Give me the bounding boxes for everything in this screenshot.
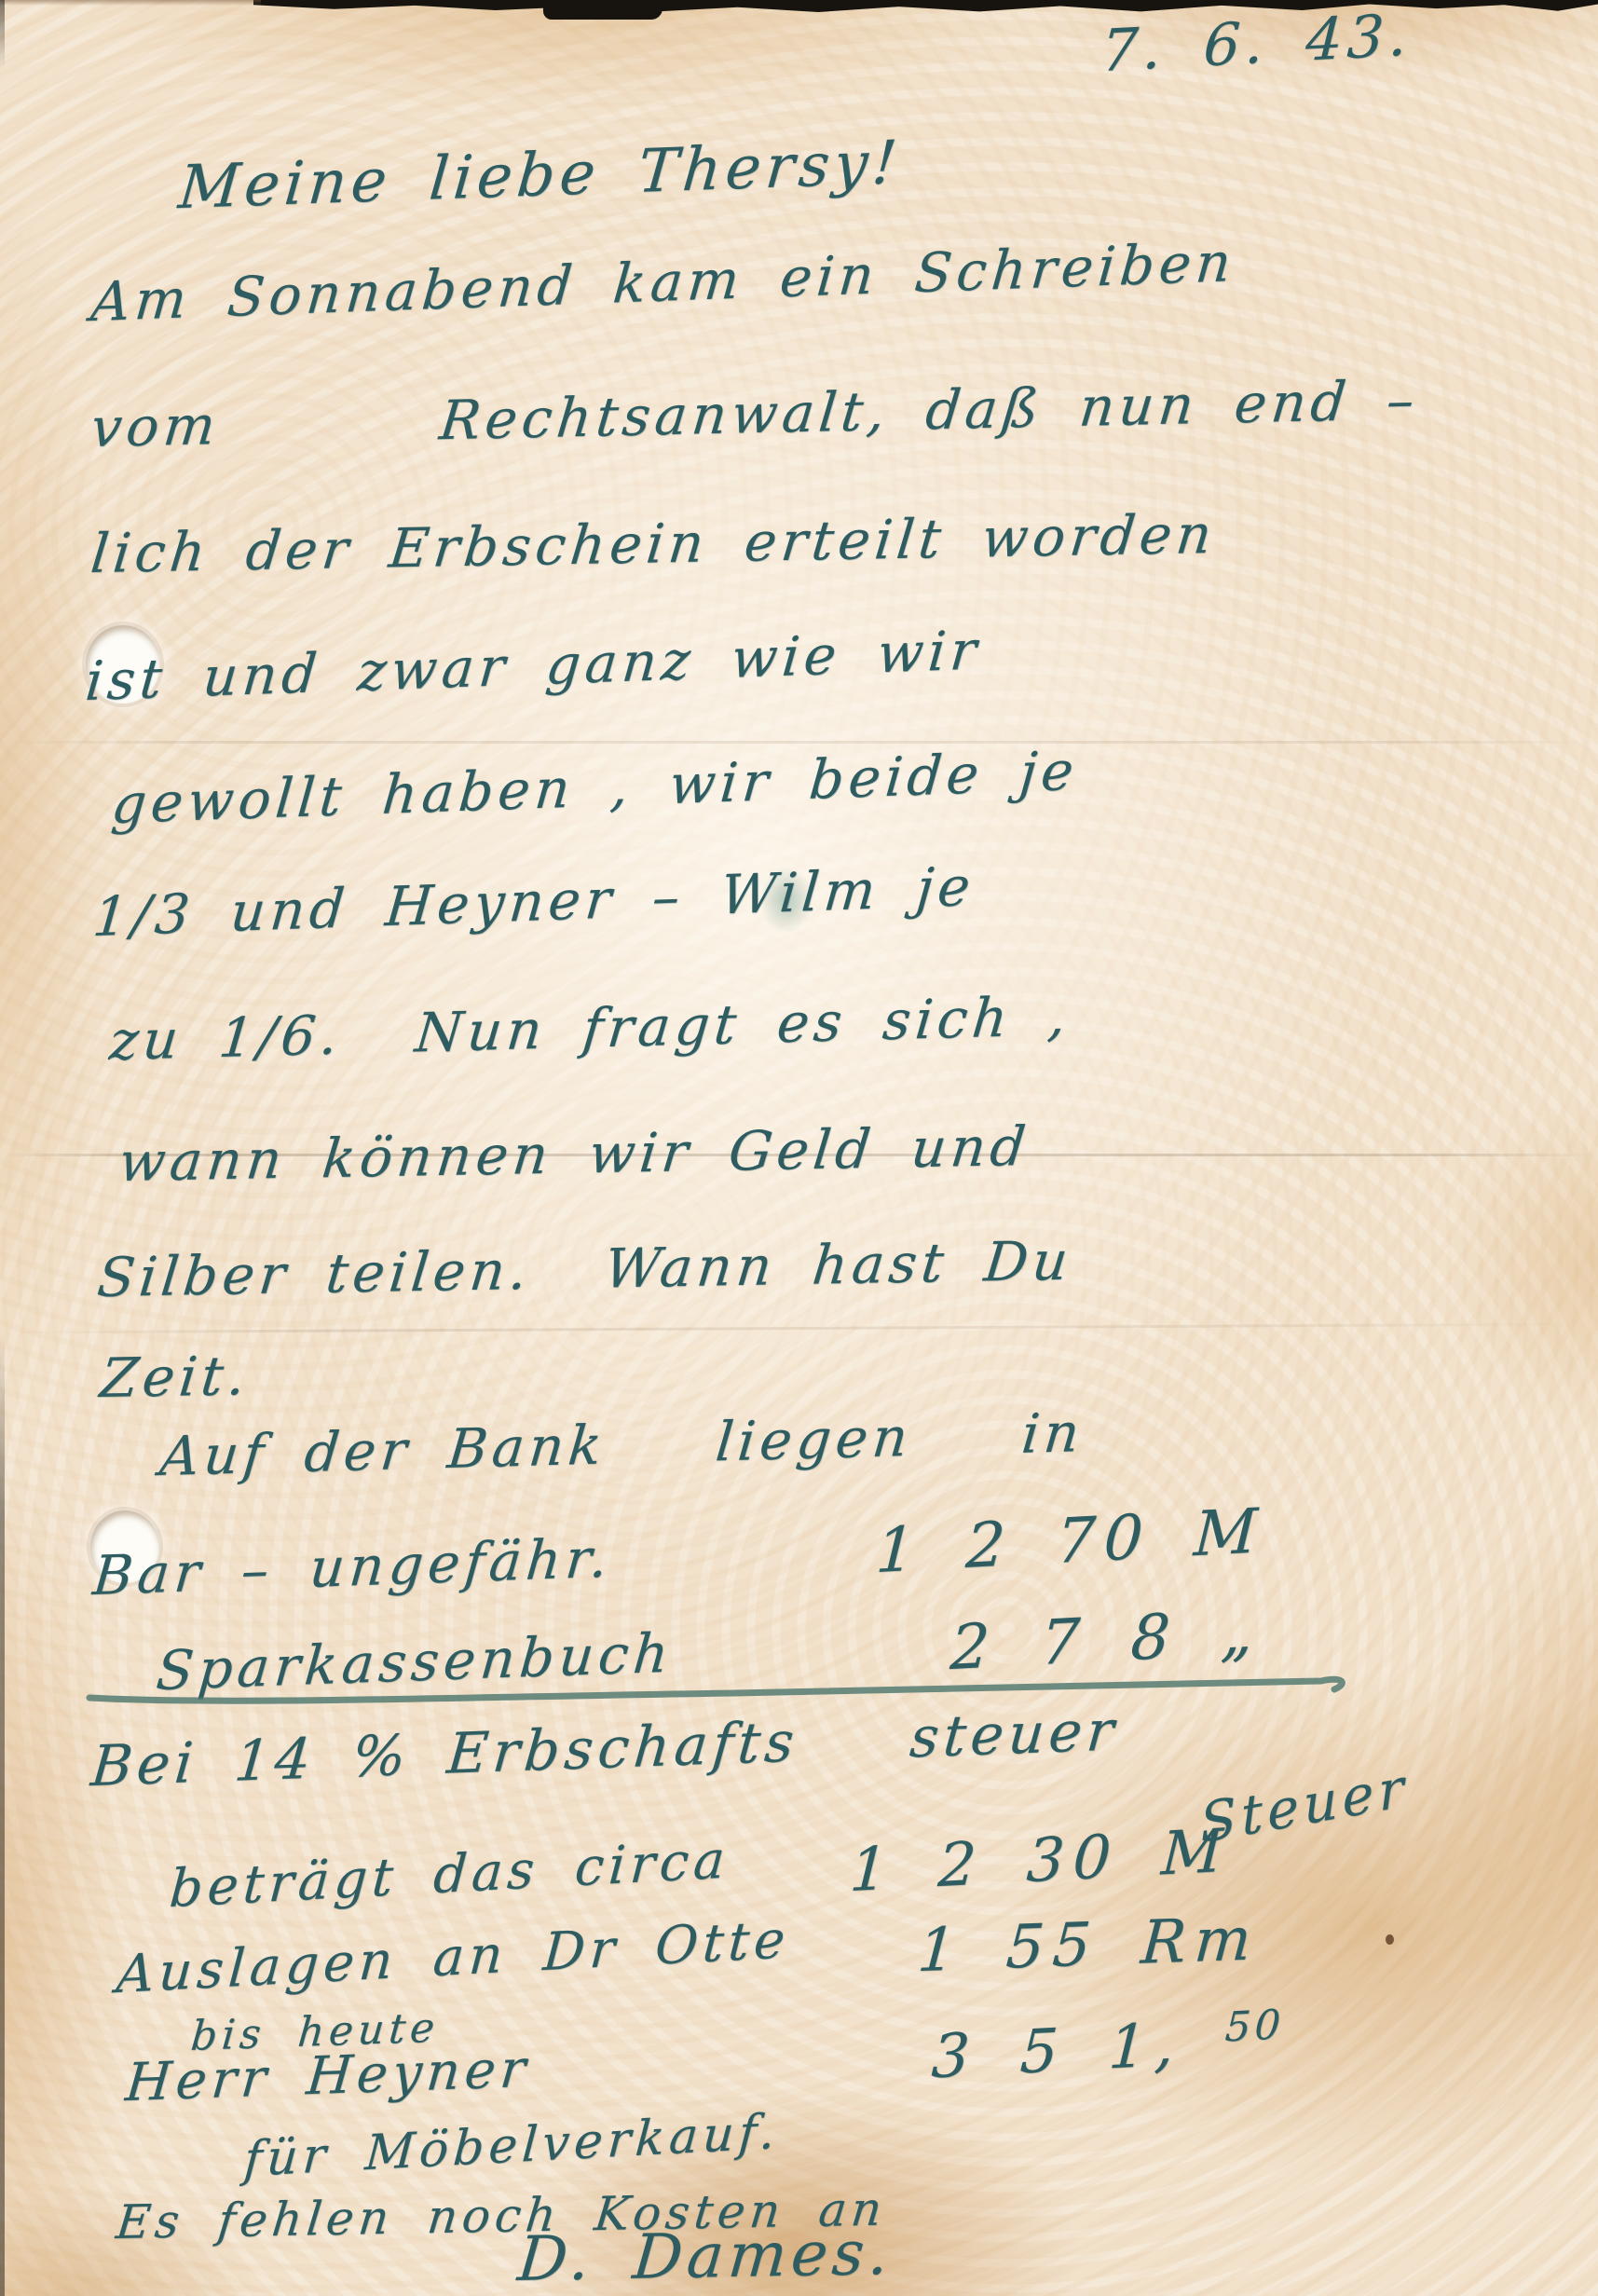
letter-line: zu 1/6. Nun fragt es sich ,: [107, 989, 1072, 1068]
letter-date: 7. 6. 43.: [1099, 6, 1413, 80]
heyner-amount-main: 3 5 1,: [930, 2010, 1184, 2092]
bank-row-cash-amount: 1 2 70 M: [874, 1500, 1266, 1582]
tax-headline: Bei 14 % Erbschafts steuer: [89, 1702, 1120, 1795]
letter-line: ist und zwar ganz wie wir: [83, 622, 983, 708]
fold-crease: [0, 1323, 1598, 1334]
tax-calc-amount: 1 2 30 M: [848, 1821, 1232, 1901]
expenses-label: Auslagen an Dr Otte: [115, 1914, 791, 2002]
tax-calc-label: beträgt das circa: [168, 1834, 731, 1916]
heyner-amount-cents: 50: [1223, 2002, 1285, 2052]
expenses-amount: 1 55 Rm: [916, 1909, 1262, 1981]
scan-top-edge-blob: [543, 0, 662, 20]
tax-calc-suffix: Steuer: [1198, 1759, 1409, 1851]
letter-line: Zeit.: [98, 1348, 253, 1405]
heyner-label: Herr Heyner: [124, 2043, 533, 2110]
ink-speck: [1386, 1934, 1394, 1945]
letter-page: 7. 6. 43. Meine liebe Thersy! Am Sonnabe…: [0, 0, 1598, 2296]
letter-line: Silber teilen. Wann hast Du: [95, 1234, 1075, 1305]
scan-top-edge-shadow: [0, 0, 261, 6]
letter-line: 1/3 und Heyner – Wilm je: [90, 859, 977, 944]
heyner-amount: 3 5 1, 50: [930, 2005, 1285, 2087]
letter-line: Am Sonnabend kam ein Schreiben: [89, 235, 1237, 329]
letter-line: Auf der Bank liegen in: [157, 1405, 1086, 1483]
fold-crease: [0, 741, 1598, 744]
letter-line: gewollt haben , wir beide je: [109, 744, 1080, 831]
letter-salutation: Meine liebe Thersy!: [176, 133, 904, 218]
bank-row-cash-label: Bar – ungefähr.: [90, 1530, 614, 1603]
signature: D. Dames.: [515, 2222, 895, 2290]
letter-line: vom Rechtsanwalt, daß nun end –: [89, 373, 1421, 455]
heyner-note: für Möbelverkauf.: [242, 2108, 781, 2184]
handwritten-divider-line: [82, 1670, 1386, 1711]
scan-left-edge: [0, 0, 5, 2296]
letter-line: lich der Erbschein erteilt worden: [89, 507, 1219, 581]
bank-row-savings-amount: 2 7 8 „: [949, 1601, 1263, 1679]
letter-line: wann können wir Geld und: [116, 1119, 1032, 1189]
